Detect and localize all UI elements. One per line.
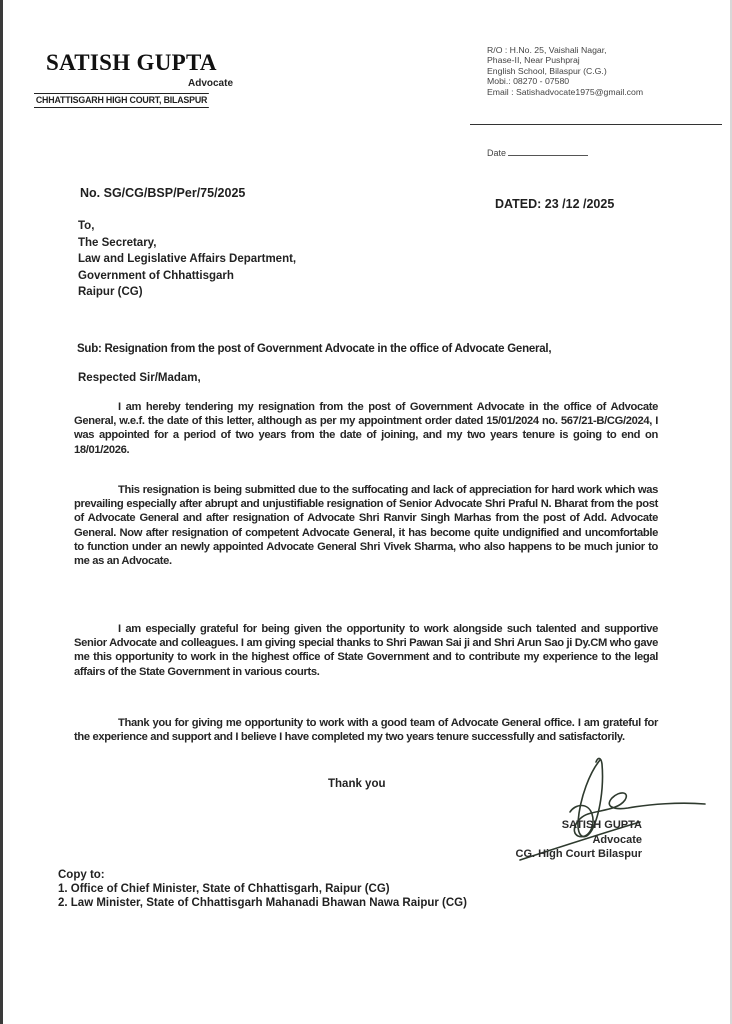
address-email: Email : Satishadvocate1975@gmail.com xyxy=(487,87,643,97)
letterhead-divider xyxy=(470,124,722,125)
paragraph-reason: This resignation is being submitted due … xyxy=(74,483,658,568)
copy-to-item: 1. Office of Chief Minister, State of Ch… xyxy=(58,882,467,896)
letterhead-court: CHHATTISGARH HIGH COURT, BILASPUR xyxy=(34,93,209,108)
closing: Thank you xyxy=(328,778,386,790)
letterhead-title: Advocate xyxy=(188,78,233,89)
paragraph-gratitude: I am especially grateful for being given… xyxy=(74,622,658,679)
copy-to-block: Copy to: 1. Office of Chief Minister, St… xyxy=(58,868,467,910)
letterhead-address: R/O : H.No. 25, Vaishali Nagar, Phase-II… xyxy=(487,45,643,97)
addressee-line: Law and Legislative Affairs Department, xyxy=(78,251,296,268)
addressee-line: The Secretary, xyxy=(78,235,296,252)
date-field: Date xyxy=(487,148,588,158)
letterhead-name: SATISH GUPTA xyxy=(46,50,217,76)
address-phone: Mobi.: 08270 - 07580 xyxy=(487,76,643,86)
date-label: Date xyxy=(487,148,506,158)
signatory-court: CG. High Court Bilaspur xyxy=(516,847,643,862)
signatory-name: SATISH GUPTA xyxy=(516,818,643,833)
addressee-block: To, The Secretary, Law and Legislative A… xyxy=(78,218,296,301)
signatory-title: Advocate xyxy=(516,833,643,848)
addressee-line: To, xyxy=(78,218,296,235)
address-line: R/O : H.No. 25, Vaishali Nagar, xyxy=(487,45,643,55)
paragraph-thanks: Thank you for giving me opportunity to w… xyxy=(74,716,658,744)
signatory-block: SATISH GUPTA Advocate CG. High Court Bil… xyxy=(516,818,643,862)
paragraph-resignation: I am hereby tendering my resignation fro… xyxy=(74,400,658,457)
address-line: Phase-II, Near Pushpraj xyxy=(487,55,643,65)
salutation: Respected Sir/Madam, xyxy=(78,372,201,384)
addressee-line: Raipur (CG) xyxy=(78,284,296,301)
date-blank-line xyxy=(508,155,588,156)
address-line: English School, Bilaspur (C.G.) xyxy=(487,66,643,76)
subject-line: Sub: Resignation from the post of Govern… xyxy=(77,343,551,355)
addressee-line: Government of Chhattisgarh xyxy=(78,268,296,285)
letter-date: DATED: 23 /12 /2025 xyxy=(495,197,614,211)
copy-to-label: Copy to: xyxy=(58,868,467,882)
page-edge-left xyxy=(0,0,3,1024)
reference-number: No. SG/CG/BSP/Per/75/2025 xyxy=(80,186,245,200)
copy-to-item: 2. Law Minister, State of Chhattisgarh M… xyxy=(58,896,467,910)
